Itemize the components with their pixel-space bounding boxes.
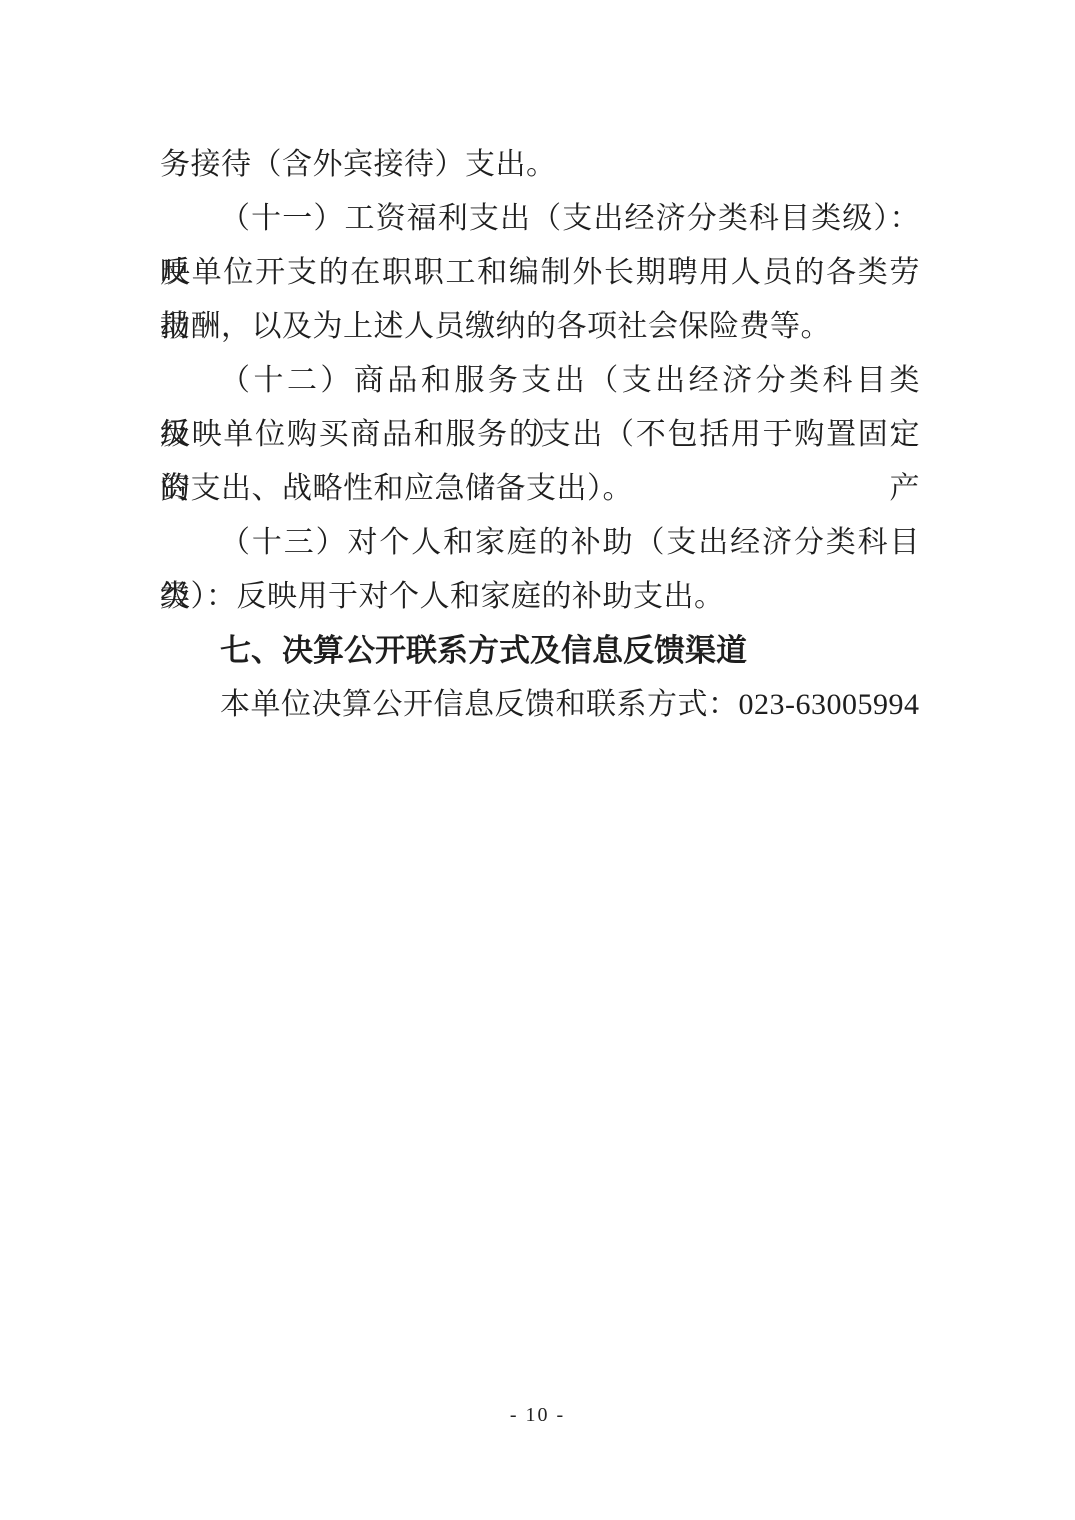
paragraph-11-line-2: 映单位开支的在职职工和编制外长期聘用人员的各类劳动 — [160, 246, 920, 300]
paragraph-13-line-1: （十三）对个人和家庭的补助（支出经济分类科目类 — [160, 516, 920, 570]
paragraph-continuation-line: 务接待（含外宾接待）支出。 — [160, 138, 920, 192]
paragraph-13-line-2: 级）：反映用于对个人和家庭的补助支出。 — [160, 570, 920, 624]
document-page: 务接待（含外宾接待）支出。 （十一）工资福利支出（支出经济分类科目类级）：反 映… — [0, 0, 1075, 1520]
contact-phone: 023-63005994 — [739, 688, 920, 721]
document-body: 务接待（含外宾接待）支出。 （十一）工资福利支出（支出经济分类科目类级）：反 映… — [160, 138, 920, 732]
paragraph-12-line-1: （十二）商品和服务支出（支出经济分类科目类级）： — [160, 354, 920, 408]
page-number: - 10 - — [510, 1404, 565, 1426]
contact-label: 本单位决算公开信息反馈和联系方式： — [220, 688, 739, 721]
paragraph-11-line-1: （十一）工资福利支出（支出经济分类科目类级）：反 — [160, 192, 920, 246]
paragraph-12-line-2: 反映单位购买商品和服务的支出（不包括用于购置固定资产 — [160, 408, 920, 462]
section-heading: 七、决算公开联系方式及信息反馈渠道 — [160, 624, 920, 678]
paragraph-11-line-3: 报酬，以及为上述人员缴纳的各项社会保险费等。 — [160, 300, 920, 354]
page-footer: - 10 - — [0, 1404, 1075, 1427]
contact-line: 本单位决算公开信息反馈和联系方式：023-63005994 — [160, 678, 920, 732]
